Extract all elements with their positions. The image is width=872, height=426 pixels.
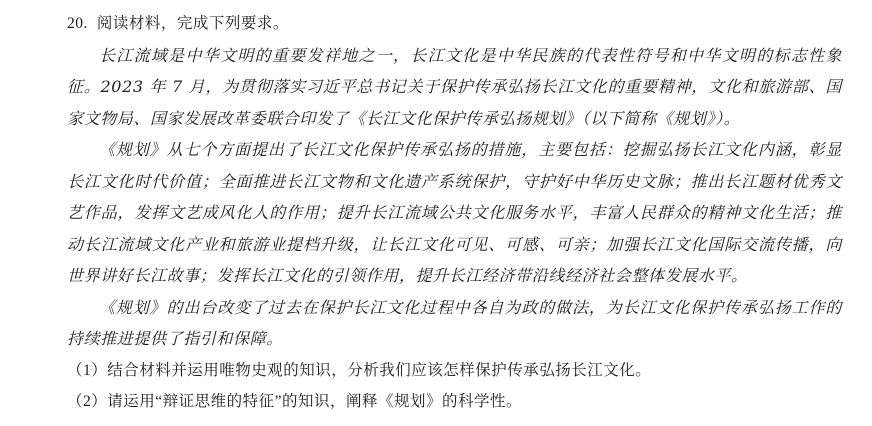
question-header: 20.阅读材料，完成下列要求。 [67,8,842,40]
sub-question-2: （2）请运用“辩证思维的特征”的知识，阐释《规划》的科学性。 [67,386,842,418]
sub-question-2-label: （2） [67,393,107,410]
material-paragraph-3: 《规划》的出台改变了过去在保护长江文化过程中各自为政的做法，为长江文化保护传承弘… [67,292,842,355]
sub-question-1-label: （1） [67,362,107,379]
material-paragraph-1: 长江流域是中华文明的重要发祥地之一，长江文化是中华民族的代表性符号和中华文明的标… [67,40,842,135]
sub-question-2-text: 请运用“辩证思维的特征”的知识，阐释《规划》的科学性。 [107,393,522,410]
exam-page: 20.阅读材料，完成下列要求。 长江流域是中华文明的重要发祥地之一，长江文化是中… [0,0,872,426]
material-paragraph-2: 《规划》从七个方面提出了长江文化保护传承弘扬的措施，主要包括：挖掘弘扬长江文化内… [67,134,842,292]
question-prompt: 阅读材料，完成下列要求。 [97,15,289,32]
sub-question-1: （1）结合材料并运用唯物史观的知识，分析我们应该怎样保护传承弘扬长江文化。 [67,355,842,387]
sub-question-1-text: 结合材料并运用唯物史观的知识，分析我们应该怎样保护传承弘扬长江文化。 [107,362,651,379]
question-number: 20. [67,15,88,32]
